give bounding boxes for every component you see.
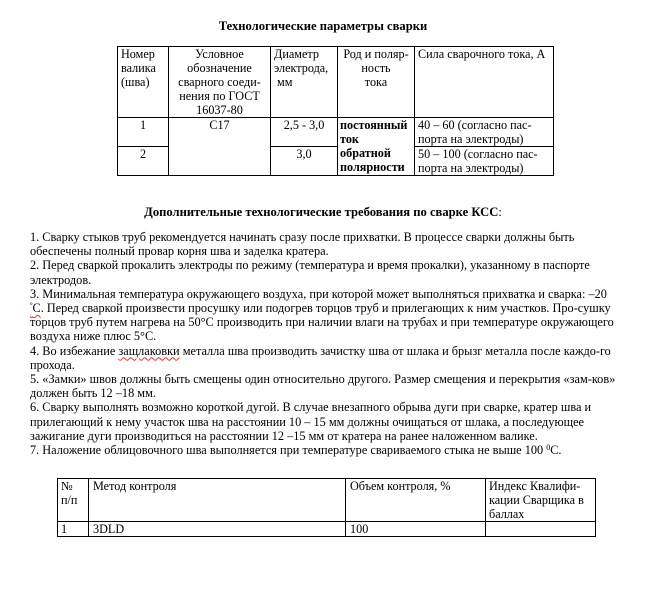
requirement-item-5: 5. «Замки» швов должны быть смещены один… xyxy=(30,372,620,400)
header-line: п/п xyxy=(61,493,85,507)
polarity-line: постоянный xyxy=(340,118,412,132)
requirement-text: 7. Наложение облицовочного шва выполняет… xyxy=(30,443,546,457)
header-control-method: Метод контроля xyxy=(89,479,346,522)
header-welding-current: Сила сварочного тока, А xyxy=(415,47,554,118)
requirement-item-3: 3. Минимальная температура окружающего в… xyxy=(30,287,620,344)
header-line: электрода, xyxy=(274,61,334,75)
header-line: тока xyxy=(341,75,411,89)
requirement-item-7: 7. Наложение облицовочного шва выполняет… xyxy=(30,443,620,457)
header-bead-number: Номер валика (шва) xyxy=(118,47,169,118)
polarity-line: полярности xyxy=(340,160,412,174)
table-header-row: Номер валика (шва) Условное обозначение … xyxy=(118,47,554,118)
welding-parameters-table: Номер валика (шва) Условное обозначение … xyxy=(117,46,554,176)
requirement-item-1: 1. Сварку стыков труб рекомендуется начи… xyxy=(30,230,620,258)
header-line: № xyxy=(61,479,85,493)
header-current-polarity: Род и поляр- ность тока xyxy=(338,47,415,118)
header-line: (шва) xyxy=(121,75,165,89)
table-header-row: № п/п Метод контроля Объем контроля, % И… xyxy=(58,479,596,522)
header-line: Диаметр xyxy=(274,47,334,61)
current-line: 40 – 60 (согласно пас- xyxy=(418,118,550,132)
requirement-item-2: 2. Перед сваркой прокалить электроды по … xyxy=(30,258,620,286)
cell-bead-number: 1 xyxy=(118,118,169,147)
cell-control-volume: 100 xyxy=(346,522,486,537)
header-item-number: № п/п xyxy=(58,479,89,522)
requirement-text: . Перед сваркой произвести просушку или … xyxy=(30,301,614,343)
requirement-text: 4. Во избежание xyxy=(30,344,118,358)
header-line: ность xyxy=(341,61,411,75)
polarity-line: ток обратной xyxy=(340,132,412,160)
requirements-heading-text: Дополнительные технологические требовани… xyxy=(144,205,498,219)
requirement-text: С. xyxy=(550,443,561,457)
current-line: 50 – 100 (согласно пас- xyxy=(418,147,550,161)
requirements-heading: Дополнительные технологические требовани… xyxy=(0,205,646,220)
header-line: Метод контроля xyxy=(93,479,341,493)
header-electrode-diameter: Диаметр электрода, мм xyxy=(271,47,338,118)
spellcheck-flagged-text[interactable]: ºС xyxy=(30,301,41,315)
unit-text: С xyxy=(32,301,40,315)
requirements-list: 1. Сварку стыков труб рекомендуется начи… xyxy=(30,230,620,457)
table-row: 1 3DLD 100 xyxy=(58,522,596,537)
cell-electrode-diameter: 2,5 - 3,0 xyxy=(271,118,338,147)
header-line: Индекс Квалифи- xyxy=(489,479,592,493)
inspection-control-table: № п/п Метод контроля Объем контроля, % И… xyxy=(57,478,596,537)
heading-colon: : xyxy=(498,205,502,219)
current-line: порта на электроды) xyxy=(418,161,550,175)
header-joint-designation: Условное обозначение сварного соеди- нен… xyxy=(169,47,271,118)
header-line: Объем контроля, % xyxy=(350,479,481,493)
header-line: баллах xyxy=(489,507,592,521)
spellcheck-flagged-word[interactable]: защлаковки xyxy=(118,344,179,358)
cell-bead-number: 2 xyxy=(118,147,169,176)
header-line: 16037-80 xyxy=(172,103,267,117)
cell-joint-designation: С17 xyxy=(169,118,271,176)
header-line: нения по ГОСТ xyxy=(172,89,267,103)
requirement-item-4: 4. Во избежание защлаковки металла шва п… xyxy=(30,344,620,372)
cell-current-polarity: постоянный ток обратной полярности xyxy=(338,118,415,176)
header-line: Условное xyxy=(172,47,267,61)
cell-welding-current: 50 – 100 (согласно пас- порта на электро… xyxy=(415,147,554,176)
cell-item-number: 1 xyxy=(58,522,89,537)
cell-welding-current: 40 – 60 (согласно пас- порта на электрод… xyxy=(415,118,554,147)
cell-control-method: 3DLD xyxy=(89,522,346,537)
cell-welder-index xyxy=(486,522,596,537)
requirement-text: 3. Минимальная температура окружающего в… xyxy=(30,287,607,301)
header-welder-index: Индекс Квалифи- кации Сварщика в баллах xyxy=(486,479,596,522)
header-control-volume: Объем контроля, % xyxy=(346,479,486,522)
header-line: Род и поляр- xyxy=(341,47,411,61)
header-line: кации Сварщика в xyxy=(489,493,592,507)
requirement-item-6: 6. Сварку выполнять возможно короткой ду… xyxy=(30,400,620,443)
table-row: 1 С17 2,5 - 3,0 постоянный ток обратной … xyxy=(118,118,554,147)
header-line: мм xyxy=(274,75,334,89)
header-line: Сила сварочного тока, А xyxy=(418,47,550,61)
current-line: порта на электроды) xyxy=(418,132,550,146)
header-line: Номер xyxy=(121,47,165,61)
document-title: Технологические параметры сварки xyxy=(0,19,646,34)
header-line: валика xyxy=(121,61,165,75)
cell-electrode-diameter: 3,0 xyxy=(271,147,338,176)
header-line: сварного соеди- xyxy=(172,75,267,89)
header-line: обозначение xyxy=(172,61,267,75)
